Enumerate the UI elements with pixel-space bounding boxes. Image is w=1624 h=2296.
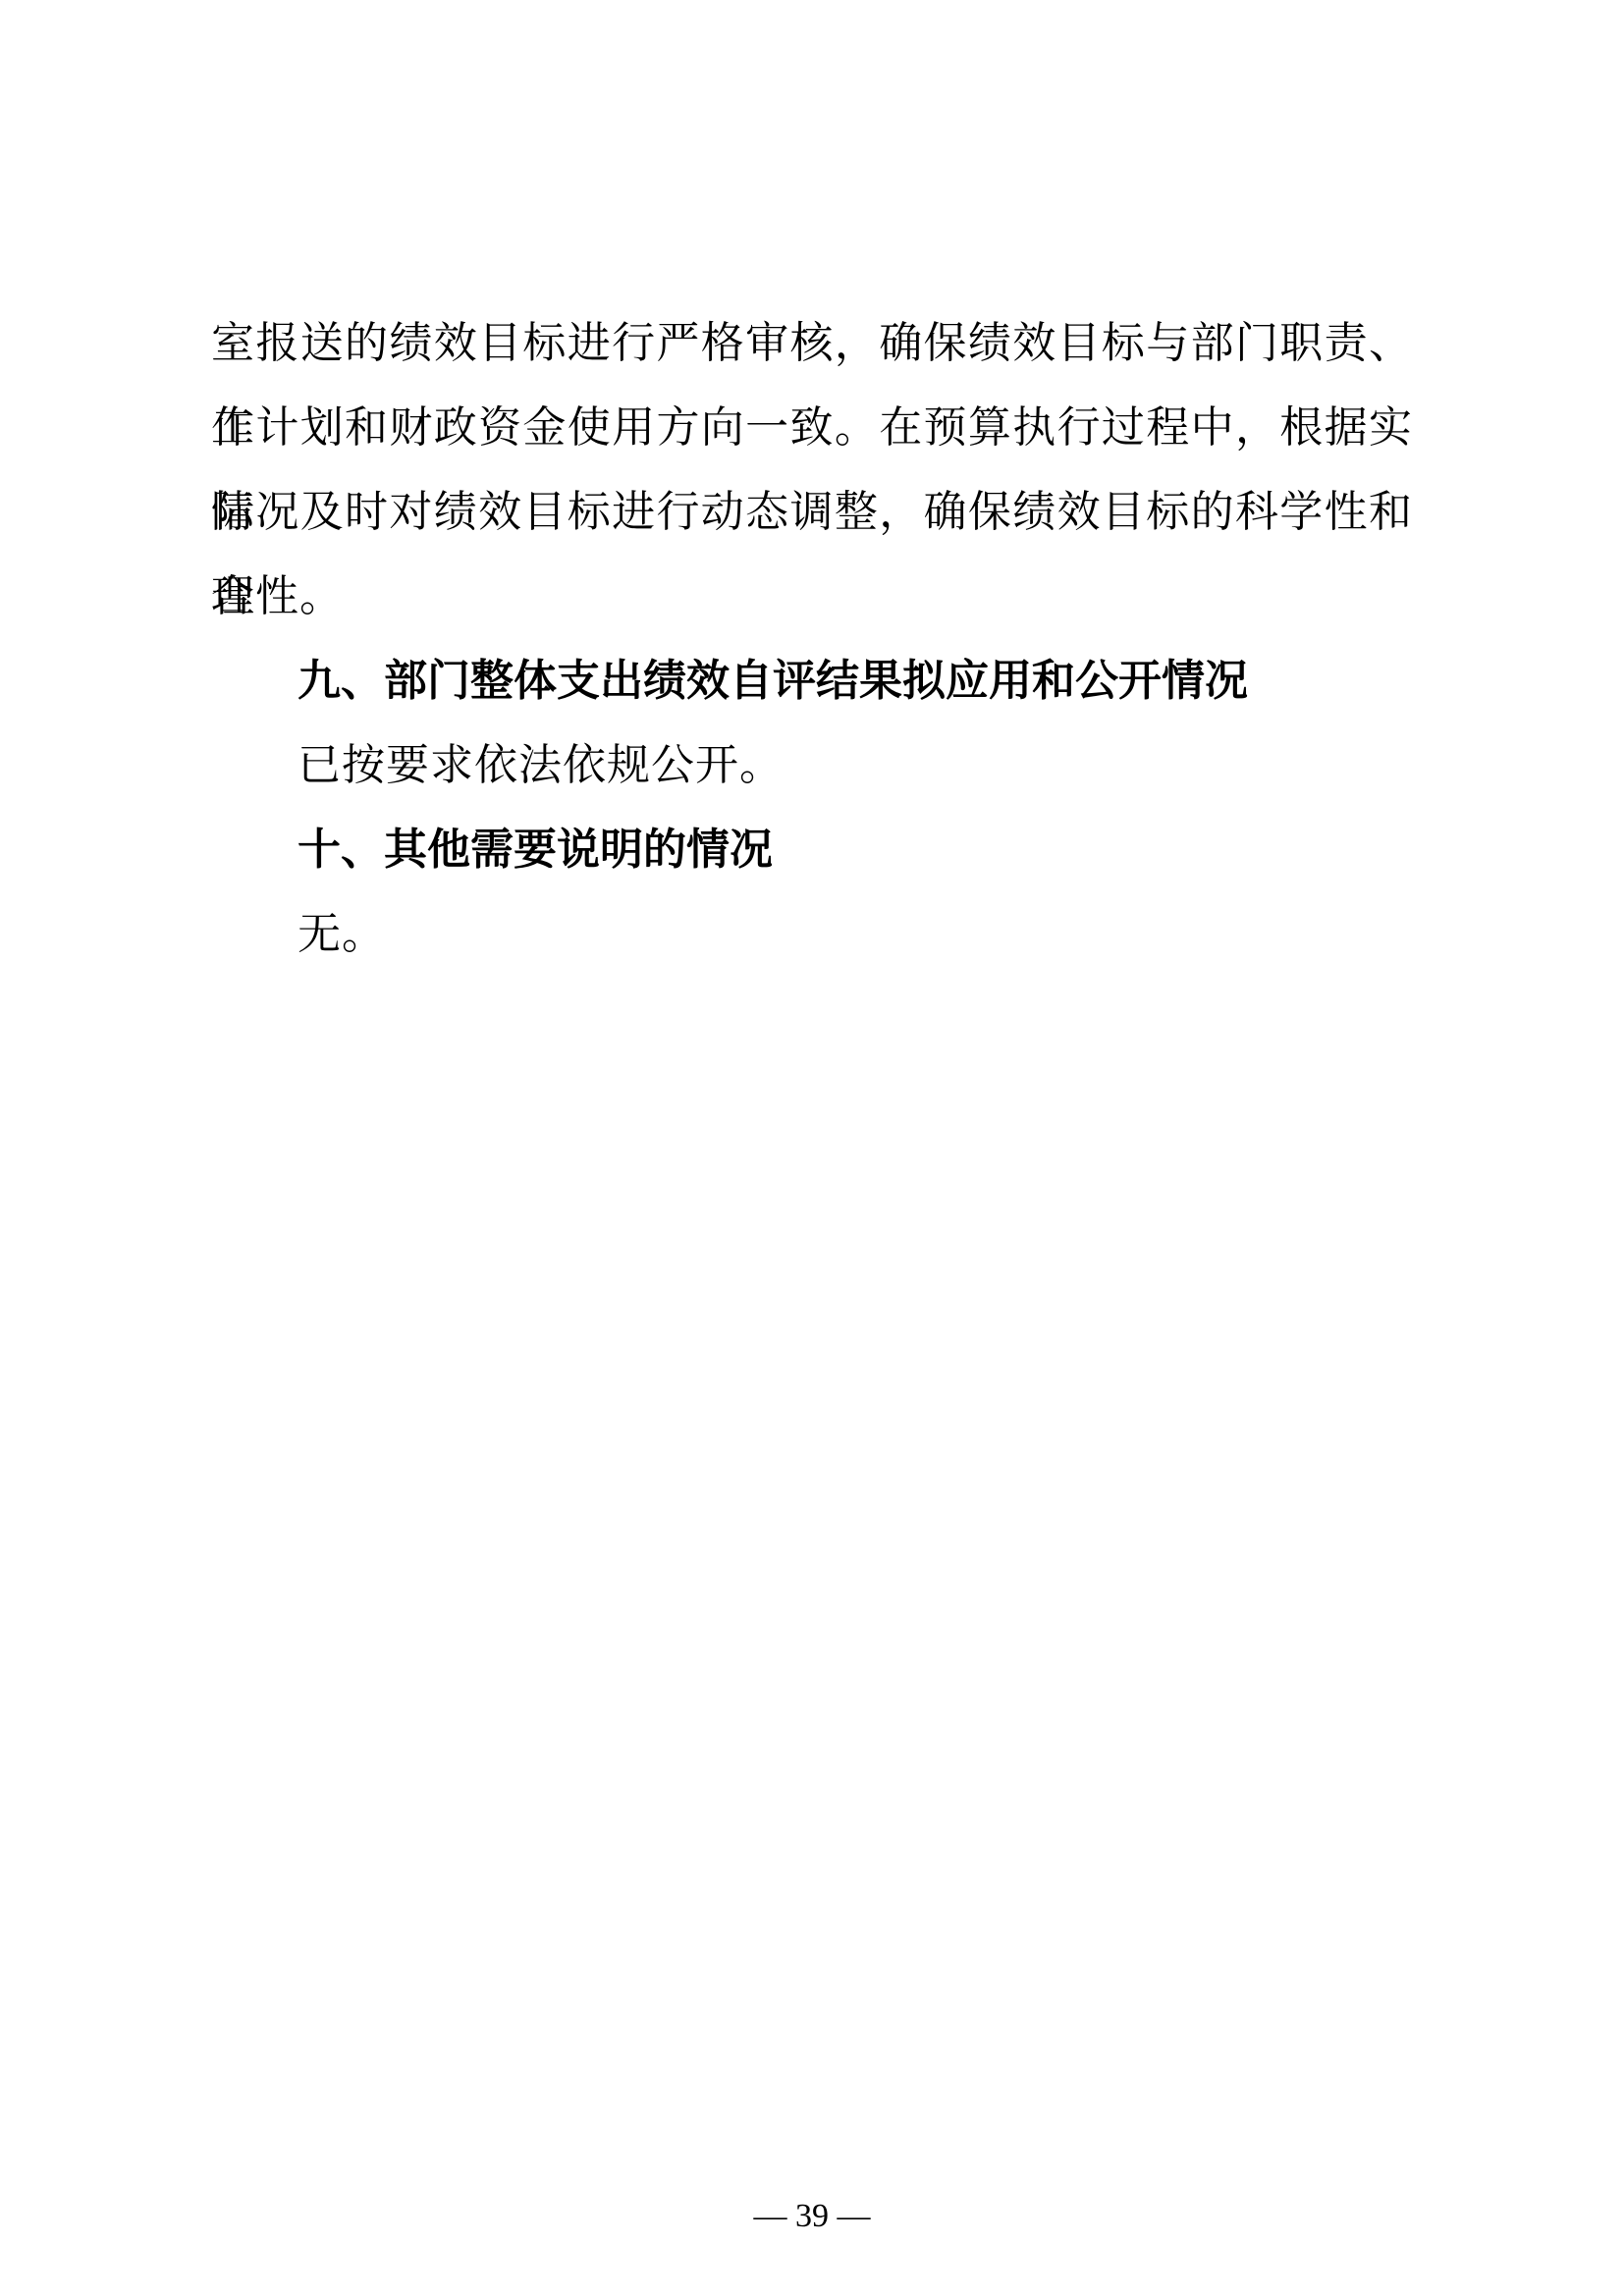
section-10-heading: 十、其他需要说明的情况 bbox=[211, 808, 1413, 892]
document-text-block: 室报送的绩效目标进行严格审核，确保绩效目标与部门职责、工 作计划和财政资金使用方… bbox=[211, 301, 1413, 977]
paragraph-line: 理性。 bbox=[211, 555, 1413, 639]
page-number: — 39 — bbox=[0, 2197, 1624, 2236]
paragraph-line: 作计划和财政资金使用方向一致。在预算执行过程中，根据实际 bbox=[211, 386, 1413, 470]
section-9-body: 已按要求依法依规公开。 bbox=[211, 723, 1413, 808]
section-10-body: 无。 bbox=[211, 892, 1413, 977]
document-page: 室报送的绩效目标进行严格审核，确保绩效目标与部门职责、工 作计划和财政资金使用方… bbox=[0, 0, 1624, 2296]
paragraph-line: 情况及时对绩效目标进行动态调整，确保绩效目标的科学性和合 bbox=[211, 470, 1413, 555]
paragraph-line: 室报送的绩效目标进行严格审核，确保绩效目标与部门职责、工 bbox=[211, 301, 1413, 386]
section-9-heading: 九、部门整体支出绩效自评结果拟应用和公开情况 bbox=[211, 639, 1413, 723]
